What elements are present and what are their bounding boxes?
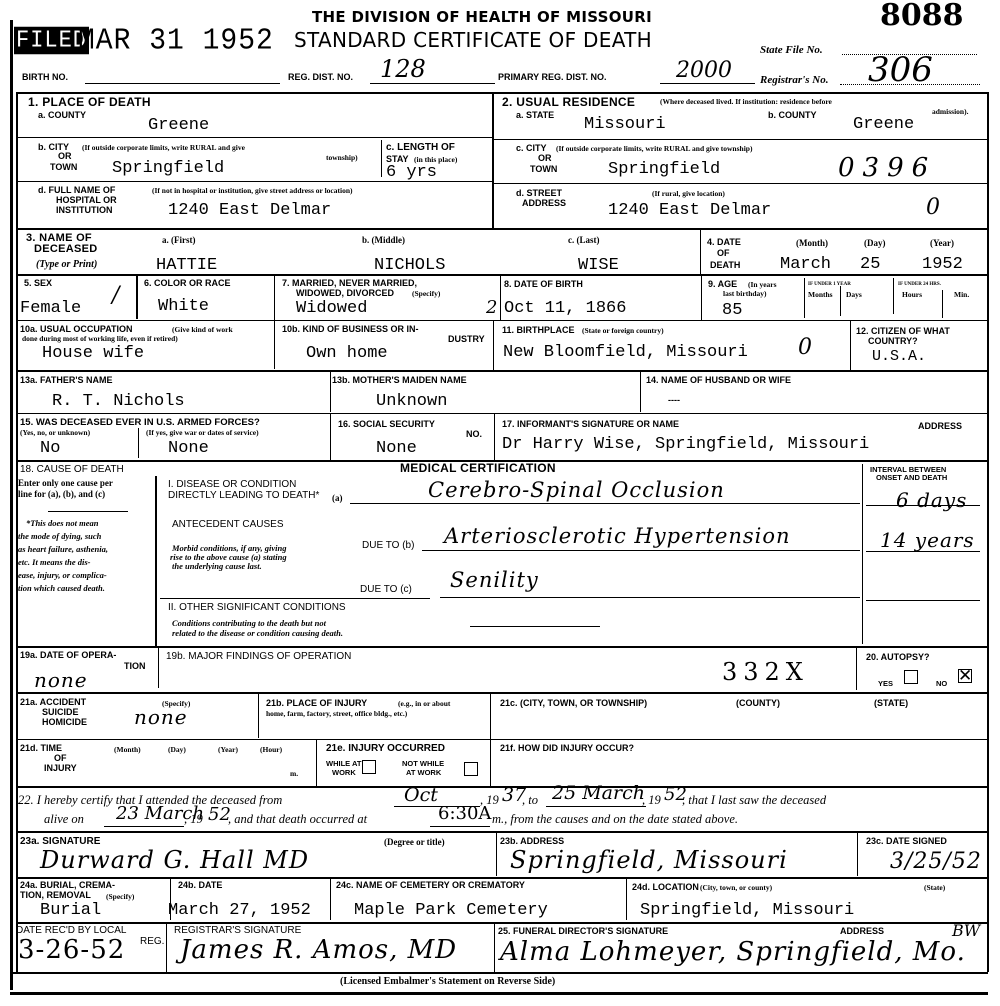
interval-b-underline [866,551,980,552]
ssn-label2: NO. [466,430,482,439]
rule [701,276,702,320]
armed-service-note: (If yes, give war or dates of service) [146,429,259,437]
last-name-value[interactable]: WISE [578,257,619,275]
interval-b-value[interactable]: 14 years [880,528,975,552]
place-injury-note2: home, farm, factory, street, office bldg… [266,710,407,718]
op-findings-label: 19b. MAJOR FINDINGS OF OPERATION [166,652,351,661]
rule [700,230,701,274]
suicide-label: SUICIDE [42,708,79,717]
informant-label: 17. INFORMANT'S SIGNATURE OR NAME [502,420,679,429]
cemetery-label: 24c. NAME OF CEMETERY OR CREMATORY [336,881,525,890]
time-year-label: (Year) [218,746,238,754]
age-days-label: Days [846,291,862,299]
rule [840,286,841,316]
pod-city-note2: township) [326,154,358,162]
rule [866,600,980,601]
registrar-no-underline [840,84,980,85]
burial-date-value[interactable]: March 27, 1952 [168,902,311,920]
time-hour-label: (Hour) [260,746,282,754]
race-value[interactable]: White [158,298,209,316]
while-at-work-label: WHILE AT [326,760,361,768]
autopsy-label: 20. AUTOPSY? [866,653,930,662]
pod-hospital-label3: INSTITUTION [56,206,113,215]
interval-a-underline [866,505,980,506]
reg-dist-label: REG. DIST. NO. [288,73,353,82]
age-note: (In years [748,281,777,289]
state-file-label: State File No. [760,44,823,56]
footnote-3: as heart failure, asthenia, [18,544,108,554]
ssn-label: 16. SOCIAL SECURITY [338,420,435,429]
disease-letter: (a) [332,494,343,502]
page-title: STANDARD CERTIFICATE OF DEATH [294,28,652,52]
ur-city-town: TOWN [530,165,557,174]
pod-hospital-note: (If not in hospital or institution, give… [152,187,353,195]
rule [640,370,641,412]
citizen-value[interactable]: U.S.A. [872,348,926,366]
pod-city-note: (If outside corporate limits, write RURA… [82,144,245,152]
spouse-label: 14. NAME OF HUSBAND OR WIFE [646,376,791,385]
age-hours-label: Hours [902,291,922,299]
rule [16,320,988,321]
cert-text-9: m., from the causes and on the date stat… [492,813,738,825]
autopsy-yes-label: YES [878,680,893,688]
funeral-director-signature[interactable]: Alma Lohmeyer, Springfield, Mo. [500,940,966,964]
other-underline [470,626,600,627]
other-note-1: Conditions contributing to the death but… [172,619,326,628]
ur-street-note: (If rural, give location) [652,190,725,198]
pod-hospital-label: d. FULL NAME OF [38,186,115,195]
spouse-value[interactable]: ---- [668,396,680,405]
time-injury-label: 21d. TIME [20,744,62,753]
birth-no-label: BIRTH NO. [22,73,68,82]
burial-method-label2: TION, REMOVAL [20,891,91,900]
age-value[interactable]: 85 [722,302,742,320]
ur-street-value[interactable]: 1240 East Delmar [608,202,771,220]
pod-city-town: TOWN [50,163,77,172]
cert-death-time-underline [430,826,490,827]
injury-county-label: (COUNTY) [736,699,780,708]
father-value[interactable]: R. T. Nichols [52,393,185,411]
how-injury-label: 21f. HOW DID INJURY OCCUR? [500,744,634,753]
marital-label: 7. MARRIED, NEVER MARRIED, [282,279,417,288]
marital-label2: WIDOWED, DIVORCED [296,289,394,298]
ssn-value[interactable]: None [376,440,417,458]
middle-name-label: b. (Middle) [362,236,405,244]
rule [160,598,430,599]
interval-a-value[interactable]: 6 days [896,488,967,512]
first-name-value[interactable]: HATTIE [156,257,217,275]
primary-reg-dist-value: 2000 [676,62,732,80]
date-recd-reg-label: REG. [140,937,164,946]
rule [16,137,492,138]
rule [494,922,495,972]
time-day-label: (Day) [168,746,186,754]
rule [10,972,988,974]
ur-street-label2: ADDRESS [522,199,566,208]
due-b-underline [422,550,860,551]
disease-label: I. DISEASE OR CONDITION [168,480,296,489]
dod-year-value[interactable]: 1952 [922,256,963,274]
occupation-note2: done during most of working life, even i… [22,335,178,343]
op-date-label: 19a. DATE OF OPERA- [20,651,116,660]
dod-label2: OF [717,249,730,258]
primary-reg-dist-underline [660,83,755,84]
date-signed-value[interactable]: 3/25/52 [890,850,982,874]
rule [136,276,138,319]
rule [16,370,988,372]
rule [258,694,259,738]
occupation-label: 10a. USUAL OCCUPATION [20,325,133,334]
cert-text-7: , 19 [184,813,203,825]
dod-label3: DEATH [710,261,740,270]
armed-label: 15. WAS DECEASED EVER IN U.S. ARMED FORC… [20,418,260,427]
due-c-label: DUE TO (c) [360,585,412,594]
time-injury-label2: OF [54,754,67,763]
injury-city-label: 21c. (CITY, TOWN, OR TOWNSHIP) [500,699,647,708]
rule [16,831,988,833]
disease-label2: DIRECTLY LEADING TO DEATH* [168,491,319,500]
physician-address-label: 23b. ADDRESS [500,837,564,846]
cert-text-6: alive on [44,813,84,825]
autopsy-no-label: NO [936,680,947,688]
rule [381,140,382,177]
rule [48,511,128,512]
marital-value[interactable]: Widowed [296,300,367,318]
age-label: 9. AGE [708,280,737,289]
rule [496,832,497,876]
other-label: II. OTHER SIGNIFICANT CONDITIONS [168,603,346,612]
rule [893,278,894,314]
rule [626,878,627,920]
signature-label: 23a. SIGNATURE [20,837,100,846]
ur-city-code: 0396 [838,156,936,180]
antecedent-note-3: the underlying cause last. [172,562,262,571]
footnote-2: the mode of dying, such [18,531,101,541]
bottom-rule [10,992,988,995]
accident-value[interactable]: none [134,705,188,729]
pod-county-value[interactable]: Greene [148,117,209,135]
autopsy-no-checkbox[interactable]: ✕ [958,669,972,683]
age-note2: last birthday) [723,290,767,298]
usual-residence-heading: 2. USUAL RESIDENCE [502,97,635,108]
rule [16,739,988,740]
rule [330,414,331,460]
first-name-label: a. (First) [162,236,196,244]
birthplace-code: 0 [798,336,813,360]
rule [493,320,494,370]
dod-month-value[interactable]: March [780,256,831,274]
rule [942,290,943,318]
rule [494,183,987,184]
burial-location-state-label: (State) [924,884,945,892]
interval-label2: ONSET AND DEATH [876,474,947,482]
burial-method-note: (Specify) [106,893,134,901]
op-date-value[interactable]: none [34,668,88,692]
business-value[interactable]: Own home [306,345,388,363]
op-date-label2: TION [124,662,146,671]
cert-to-date[interactable]: 25 March [552,784,645,802]
reg-dist-value: 128 [380,60,426,78]
cert-text-8: , and that death occurred at [228,813,367,825]
rule [330,370,331,412]
business-label2: DUSTRY [448,335,485,344]
cert-text-4: , 19 [642,794,661,806]
rule [804,278,805,318]
marital-note: (Specify) [412,290,440,298]
pod-hospital-value[interactable]: 1240 East Delmar [168,202,331,220]
not-while-label: NOT WHILE [402,760,444,768]
not-while-label2: AT WORK [406,769,441,777]
pod-hospital-label2: HOSPITAL OR [56,196,117,205]
dod-month-label: (Month) [796,239,828,247]
rule [330,878,331,920]
rule [16,274,988,276]
place-of-death-heading: 1. PLACE OF DEATH [28,97,151,108]
dob-value[interactable]: Oct 11, 1866 [504,300,626,318]
medical-heading: MEDICAL CERTIFICATION [400,463,556,474]
business-label: 10b. KIND OF BUSINESS OR IN- [282,325,419,334]
due-b-value[interactable]: Arteriosclerotic Hypertension [444,524,791,548]
rule [856,648,857,690]
filed-date-stamp: MAR 31 1952 [78,24,274,58]
rule [500,276,501,320]
rule [490,694,491,786]
cert-to-date-underline [546,806,646,807]
informant-value[interactable]: Dr Harry Wise, Springfield, Missouri [502,436,869,454]
ur-state-label: a. STATE [516,111,554,120]
due-c-underline [440,597,860,598]
father-label: 13a. FATHER'S NAME [20,376,113,385]
mother-value[interactable]: Unknown [376,393,447,411]
birthplace-note: (State or foreign country) [582,327,664,335]
occupation-note: (Give kind of work [172,326,233,334]
funeral-director-label: 25. FUNERAL DIRECTOR'S SIGNATURE [498,927,668,936]
not-while-at-work-checkbox[interactable] [464,762,478,776]
due-c-value[interactable]: Senility [450,568,539,592]
ur-city-label: c. CITY [516,144,547,153]
cemetery-value[interactable]: Maple Park Cemetery [354,902,548,920]
cause-note-1: Enter only one cause per [18,479,113,487]
pod-stay-value[interactable]: 6 yrs [386,164,437,182]
birthplace-value[interactable]: New Bloomfield, Missouri [503,344,748,362]
sex-label: 5. SEX [24,279,52,288]
sex-code: / [112,284,120,308]
registrar-no-value: 306 [868,52,933,88]
registrar-sig-label: REGISTRAR'S SIGNATURE [174,926,301,935]
cert-text-5: , that I last saw the deceased [682,794,826,806]
place-injury-note: (e.g., in or about [398,700,450,708]
armed-service-value[interactable]: None [168,440,209,458]
citizen-label: 12. CITIZEN OF WHAT [856,327,950,336]
left-border [10,20,13,990]
right-border [987,92,989,972]
cert-text-3: , to [522,794,538,806]
cause-label: 18. CAUSE OF DEATH [20,465,124,474]
pod-city-value[interactable]: Springfield [112,160,224,178]
dob-label: 8. DATE OF BIRTH [504,280,583,289]
homicide-label: HOMICIDE [42,718,87,727]
ur-street-label: d. STREET [516,189,562,198]
age-min-label: Min. [954,291,969,299]
birth-no-field[interactable] [85,83,280,84]
ur-city-note: (If outside corporate limits, write RURA… [556,145,752,153]
registrar-signature[interactable]: James R. Amos, MD [180,938,457,962]
other-note-2: related to the disease or condition caus… [172,629,343,638]
rule [494,139,987,140]
pod-city-or: OR [58,152,72,161]
dod-day-label: (Day) [864,239,886,247]
date-recd-label: DATE REC'D BY LOCAL [16,926,126,935]
rule [16,646,988,648]
age-hours-head: IF UNDER 24 HRS. [898,281,941,289]
due-b-label: DUE TO (b) [362,541,414,550]
burial-location-value[interactable]: Springfield, Missouri [640,902,854,920]
rule [138,428,139,458]
degree-label: (Degree or title) [384,838,445,846]
sex-value[interactable]: Female [20,300,81,318]
rule [16,922,988,924]
armed-value[interactable]: No [40,440,60,458]
rule [494,414,495,460]
accident-label: 21a. ACCIDENT [20,698,86,707]
age-months-head: IF UNDER 1 YEAR [808,281,851,289]
cause-note-2: line for (a), (b), and (c) [18,490,105,498]
rule [16,877,988,879]
pod-county-label: a. COUNTY [38,111,86,120]
armed-note: (Yes, no, or unknown) [20,429,90,437]
rule [16,692,988,694]
footnote-1: *This does not mean [26,518,99,528]
while-at-work-label2: WORK [332,769,356,777]
name-note: (Type or Print) [36,259,97,271]
footnote-6: tion which caused death. [18,583,105,593]
physician-signature[interactable]: Durward G. Hall MD [40,848,309,872]
ur-note2: admission). [932,108,968,116]
injury-occurred-label: 21e. INJURY OCCURRED [326,744,445,753]
time-m-label: m. [290,770,298,778]
rule [155,476,157,646]
rule [158,648,159,688]
antecedent-label: ANTECEDENT CAUSES [172,520,284,529]
time-month-label: (Month) [114,746,141,754]
rule [857,832,858,876]
informant-address-label: ADDRESS [918,422,962,431]
reg-dist-underline [370,83,495,84]
name-label2: DECEASED [34,244,98,255]
date-recd-value[interactable]: 3-26-52 [18,938,125,962]
footnote-5: ease, injury, or complica- [18,570,107,580]
date-signed-label: 23c. DATE SIGNED [866,837,947,846]
dod-year-label: (Year) [930,239,954,247]
primary-reg-dist-label: PRIMARY REG. DIST. NO. [498,73,607,82]
rule [492,92,494,228]
while-at-work-checkbox[interactable] [362,760,376,774]
pod-stay-label: c. LENGTH OF [386,143,455,152]
middle-name-value[interactable]: NICHOLS [374,257,445,275]
rule [862,464,863,644]
rule [316,740,317,786]
race-label: 6. COLOR OR RACE [144,279,231,288]
birthplace-label: 11. BIRTHPLACE [502,326,575,335]
rule [16,92,988,94]
ur-street-code: 0 [926,196,941,220]
ur-note: (Where deceased lived. If institution: r… [660,98,832,106]
check-x-icon: ✕ [958,668,972,684]
autopsy-yes-checkbox[interactable] [904,670,918,684]
burial-date-label: 24b. DATE [178,881,222,890]
rule [274,276,275,369]
age-months-label: Months [808,291,833,299]
dod-label: 4. DATE [707,238,741,247]
disease-underline [350,503,860,504]
rule [166,922,167,972]
marital-code: 2 [486,296,498,320]
rule [16,228,988,230]
cert-from-month[interactable]: Oct [404,786,438,804]
ur-county-value[interactable]: Greene [853,116,914,134]
burial-method-label: 24a. BURIAL, CREMA- [20,881,115,890]
cert-death-time[interactable]: 6:30A [438,805,491,823]
rule [16,181,492,182]
time-injury-label3: INJURY [44,764,77,773]
burial-location-label: 24d. LOCATION [632,883,699,892]
registrar-no-label: Registrar's No. [760,74,828,86]
mother-label: 13b. MOTHER'S MAIDEN NAME [332,376,467,385]
ur-city-value[interactable]: Springfield [608,161,720,179]
ur-city-or: OR [538,154,552,163]
ur-state-value[interactable]: Missouri [584,116,666,134]
injury-state-label: (STATE) [874,699,908,708]
cert-alive-date-underline [104,826,184,827]
file-number: 8088 [880,0,964,33]
op-code: 332X [722,660,809,684]
disease-value[interactable]: Cerebro-Spinal Occlusion [428,478,725,502]
ur-county-label: b. COUNTY [768,111,817,120]
physician-address-value[interactable]: Springfield, Missouri [510,848,788,872]
funeral-address-label: ADDRESS [840,927,884,936]
last-name-label: c. (Last) [568,236,600,244]
footnote-4: etc. It means the dis- [18,557,90,567]
issuing-authority: THE DIVISION OF HEALTH OF MISSOURI [312,8,652,26]
occupation-value[interactable]: House wife [42,345,144,363]
burial-location-note: (City, town, or county) [700,884,772,892]
place-injury-label: 21b. PLACE OF INJURY [266,699,367,708]
footer-note: (Licensed Embalmer's Statement on Revers… [340,976,555,988]
burial-method-value[interactable]: Burial [40,902,101,920]
rule [16,413,988,414]
citizen-label2: COUNTRY? [868,337,918,346]
rule [850,320,851,370]
dod-day-value[interactable]: 25 [860,256,880,274]
